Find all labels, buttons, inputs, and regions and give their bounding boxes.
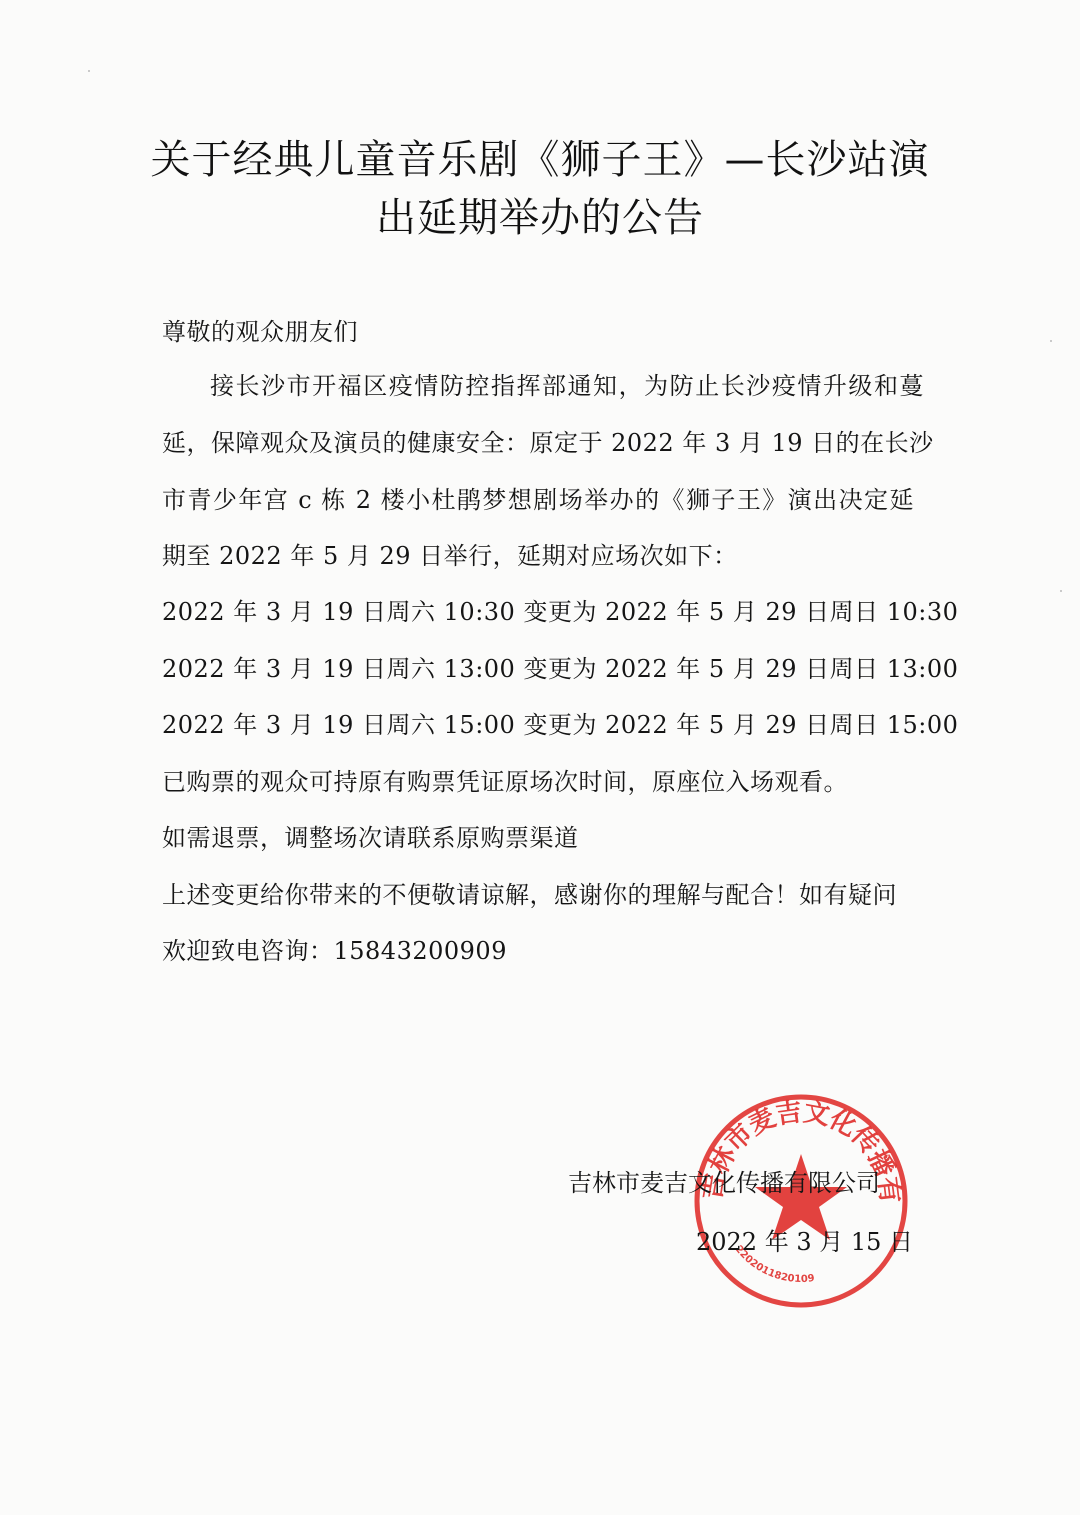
scan-speck xyxy=(1050,340,1052,342)
note-apology: 上述变更给你带来的不便敬请谅解，感谢你的理解与配合！如有疑问 xyxy=(162,875,897,910)
paragraph-line-1: 接长沙市开福区疫情防控指挥部通知，为防止长沙疫情升级和蔓 xyxy=(210,366,924,401)
scan-speck xyxy=(1060,590,1062,592)
notice-title-line-1: 关于经典儿童音乐剧《狮子王》—长沙站演 xyxy=(0,128,1080,185)
signature-company: 吉林市麦吉文化传播有限公司 xyxy=(568,1163,880,1198)
notice-title-line-2: 出延期举办的公告 xyxy=(0,186,1080,243)
salutation: 尊敬的观众朋友们 xyxy=(162,312,358,347)
schedule-change-2: 2022 年 3 月 19 日周六 13:00 变更为 2022 年 5 月 2… xyxy=(162,649,958,684)
note-ticket-holders: 已购票的观众可持原有购票凭证原场次时间，原座位入场观看。 xyxy=(162,762,848,797)
signature-date: 2022 年 3 月 15 日 xyxy=(696,1222,913,1257)
note-contact-phone: 欢迎致电咨询：15843200909 xyxy=(162,931,507,966)
schedule-change-1: 2022 年 3 月 19 日周六 10:30 变更为 2022 年 5 月 2… xyxy=(162,592,958,627)
schedule-change-3: 2022 年 3 月 19 日周六 15:00 变更为 2022 年 5 月 2… xyxy=(162,705,958,740)
paragraph-line-4: 期至 2022 年 5 月 29 日举行，延期对应场次如下： xyxy=(162,536,738,571)
paragraph-line-2: 延，保障观众及演员的健康安全：原定于 2022 年 3 月 19 日的在长沙 xyxy=(162,423,914,458)
note-refund: 如需退票，调整场次请联系原购票渠道 xyxy=(162,818,579,853)
company-seal-icon: 吉林市麦吉文化传播有限公司 2202011820109 xyxy=(692,1092,910,1310)
scan-speck xyxy=(88,70,90,72)
paragraph-line-3: 市青少年宫 c 栋 2 楼小杜鹃梦想剧场举办的《狮子王》演出决定延 xyxy=(162,480,914,515)
